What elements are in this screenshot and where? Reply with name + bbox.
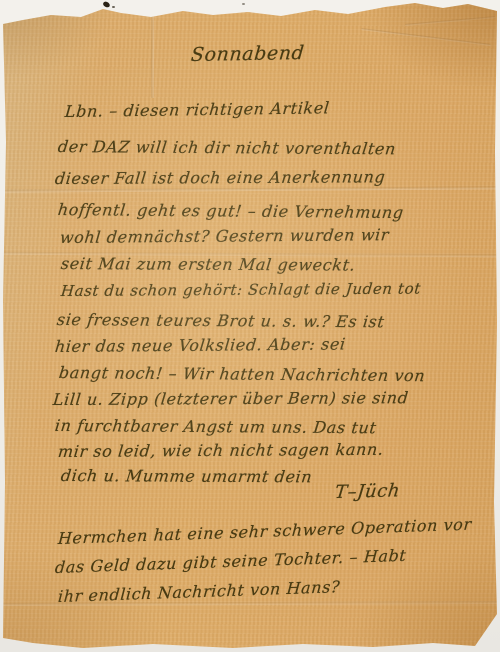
letter-line: dieser Fall ist doch eine Anerkennung (54, 167, 386, 188)
ink-speck (102, 1, 110, 8)
letter-line: seit Mai zum ersten Mal geweckt. (60, 254, 357, 275)
letter-line: wohl demnächst? Gestern wurden wir (59, 225, 390, 247)
letter-heading: Sonnabend (190, 42, 305, 66)
letter-line: mir so leid, wie ich nicht sagen kann. (57, 440, 385, 461)
letter-line: dich u. Mumme umarmt dein (60, 466, 313, 486)
letter-line: hoffentl. geht es gut! – die Vernehmung (57, 200, 405, 222)
letter-paper: Sonnabend Lbn. – diesen richtigen Artike… (3, 2, 497, 650)
letter-line: in furchtbarer Angst um uns. Das tut (54, 416, 378, 437)
paper-crease (151, 10, 154, 98)
letter-line: Lbn. – diesen richtigen Artikel (64, 98, 330, 121)
ink-speck (112, 6, 115, 8)
postscript-line: Hermchen hat eine sehr schwere Operation… (57, 515, 472, 549)
postscript-line: das Geld dazu gibt seine Tochter. – Habt (54, 546, 407, 577)
postscript-line: ihr endlich Nachricht von Hans? (57, 577, 341, 606)
letter-line: Lill u. Zipp (letzterer über Bern) sie s… (52, 388, 410, 409)
scan-background: Sonnabend Lbn. – diesen richtigen Artike… (0, 0, 500, 652)
letter-line: bangt noch! – Wir hatten Nachrichten von (58, 363, 426, 385)
letter-line: der DAZ will ich dir nicht vorenthalten (57, 137, 397, 158)
letter-line: hier das neue Volkslied. Aber: sei (54, 334, 347, 356)
paper-crease (361, 28, 490, 46)
ink-speck (242, 3, 245, 5)
paper-crease (405, 16, 495, 26)
letter-line: sie fressen teures Brot u. s. w.? Es ist (56, 310, 386, 331)
letter-line: Hast du schon gehört: Schlagt die Juden … (60, 279, 422, 300)
signature: T–Jüch (334, 480, 401, 503)
